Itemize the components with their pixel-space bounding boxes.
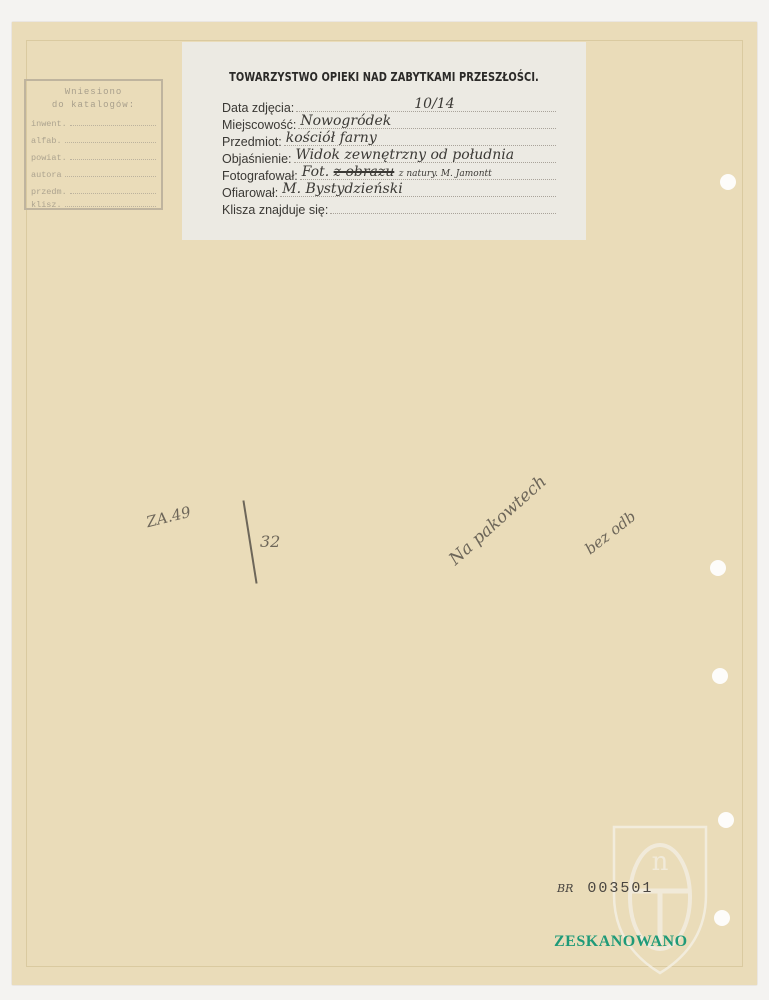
pencil-code: ZA.49 bbox=[144, 503, 192, 531]
pencil-note-line1: Na pakowtech bbox=[445, 472, 550, 570]
stamp-row: powiat. bbox=[31, 151, 156, 163]
stamp-title-line1: Wniesiono bbox=[26, 87, 161, 97]
field-value: M. Bystydzieński bbox=[282, 181, 402, 197]
serial-number: BR003501 bbox=[557, 880, 653, 897]
punch-hole bbox=[710, 560, 726, 576]
field-value: Widok zewnętrzny od południa bbox=[296, 147, 515, 163]
field-value: Fot. z obrazu z natury. M. Jamontt bbox=[302, 164, 492, 180]
scanned-stamp: ZESKANOWANO bbox=[554, 933, 688, 951]
card-title: TOWARZYSTWO OPIEKI NAD ZABYTKAMI PRZESZŁ… bbox=[218, 70, 549, 84]
stamp-row: inwent. bbox=[31, 117, 156, 129]
punch-hole bbox=[718, 812, 734, 828]
field-donor: Ofiarował: M. Bystydzieński bbox=[222, 185, 556, 201]
pencil-note-line2: bez odb bbox=[581, 507, 639, 558]
punch-hole bbox=[714, 910, 730, 926]
field-place: Miejscowość: Nowogródek bbox=[222, 117, 556, 133]
field-negative-location: Klisza znajduje się: bbox=[222, 202, 556, 218]
label-card: TOWARZYSTWO OPIEKI NAD ZABYTKAMI PRZESZŁ… bbox=[182, 42, 586, 240]
serial-prefix: BR bbox=[557, 882, 573, 895]
stamp-title-line2: do katalogów: bbox=[26, 100, 161, 110]
archival-card-page: Wniesiono do katalogów: inwent. alfab. p… bbox=[12, 22, 757, 985]
stamp-row: alfab. bbox=[31, 134, 156, 146]
punch-hole bbox=[720, 174, 736, 190]
field-value: 10/14 bbox=[414, 96, 454, 112]
library-watermark-icon: n bbox=[610, 825, 710, 975]
field-value: Nowogródek bbox=[300, 113, 391, 129]
stamp-row: przedm. bbox=[31, 185, 156, 197]
struck-value: z obrazu bbox=[334, 164, 395, 180]
stamp-row: autora bbox=[31, 168, 156, 180]
stamp-row: klisz. bbox=[31, 198, 156, 210]
pencil-number: 32 bbox=[260, 532, 280, 551]
punch-hole bbox=[712, 668, 728, 684]
field-value: kościół farny bbox=[286, 130, 377, 146]
pencil-divider bbox=[242, 500, 257, 583]
catalog-stamp: Wniesiono do katalogów: inwent. alfab. p… bbox=[24, 79, 163, 210]
field-note: z natury. M. Jamontt bbox=[399, 169, 492, 179]
svg-text:n: n bbox=[652, 847, 669, 877]
